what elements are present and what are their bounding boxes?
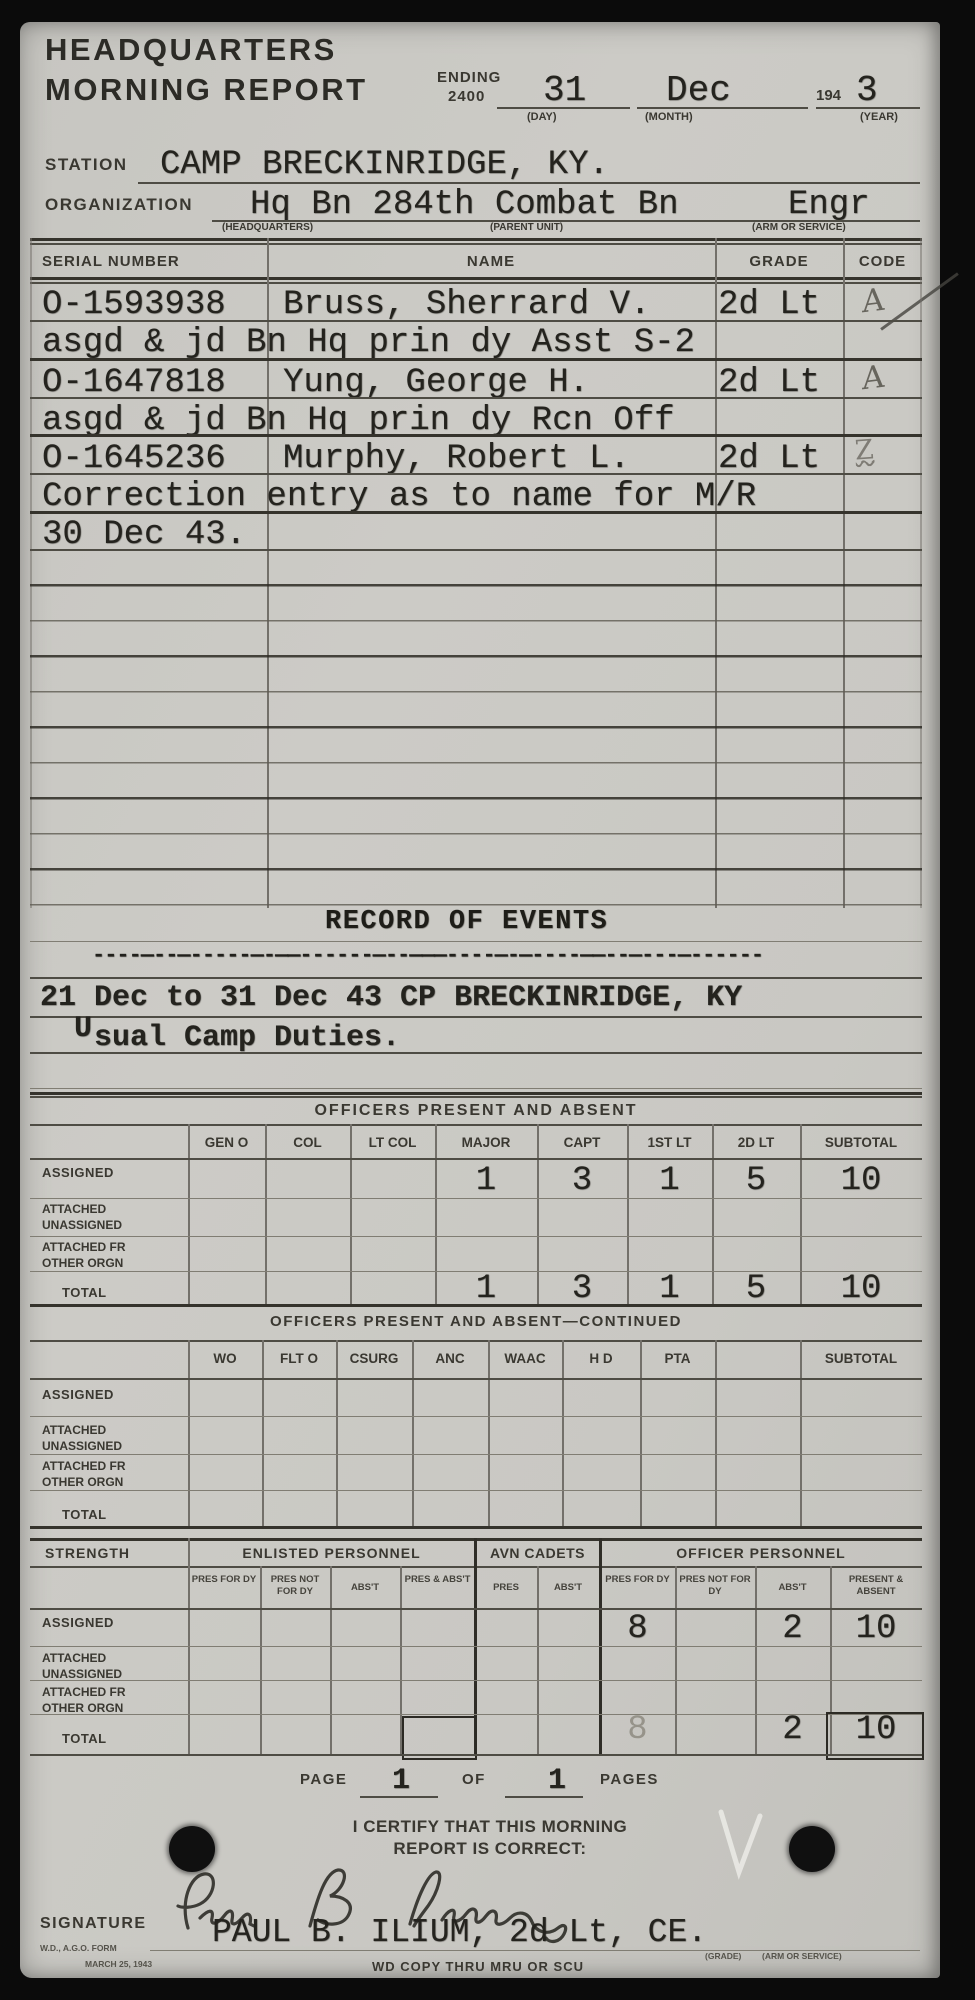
officers-vline <box>265 1124 267 1306</box>
continued-vline <box>188 1340 190 1526</box>
pages-total-number: 1 <box>548 1766 566 1798</box>
form-id-note: W.D., A.G.O. FORM <box>40 1944 117 1953</box>
roster-col-grade: GRADE <box>715 254 843 270</box>
continued-rule <box>30 1490 922 1491</box>
officers-total-capt: 3 <box>537 1271 627 1307</box>
row-label-total: TOTAL <box>62 1286 107 1300</box>
roster-rule-heavy <box>30 434 922 437</box>
row-label-assigned: ASSIGNED <box>42 1166 114 1180</box>
entry-name: Bruss, Sherrard V. <box>283 287 650 323</box>
strength-vline <box>537 1566 539 1756</box>
row-label-attached-unassigned-1: ATTACHED <box>42 1424 106 1437</box>
roster-header-rule2 <box>30 282 922 284</box>
row-label-total: TOTAL <box>62 1732 107 1746</box>
row-label-attached-fr-1: ATTACHED FR <box>42 1686 126 1699</box>
officers-table-title: OFFICERS PRESENT AND ABSENT <box>30 1103 922 1120</box>
row-label-attached-fr-2: OTHER ORGN <box>42 1702 123 1715</box>
scanned-morning-report: HEADQUARTERS MORNING REPORT ENDING 2400 … <box>0 0 975 2000</box>
record-of-events-title: RECORD OF EVENTS <box>325 908 608 937</box>
form-title-line1: HEADQUARTERS <box>45 34 337 67</box>
form-title-line2: MORNING REPORT <box>45 74 368 107</box>
blank-ruled-rows <box>30 584 922 910</box>
page-underline <box>360 1796 438 1798</box>
continued-rule <box>30 1378 922 1380</box>
grade-note: (GRADE) <box>705 1952 741 1961</box>
officers-continued-title: OFFICERS PRESENT AND ABSENT—CONTINUED <box>30 1314 922 1330</box>
ending-label: ENDING <box>437 70 501 86</box>
group-avn-cadets: AVN CADETS <box>475 1546 600 1561</box>
strength-assigned-abst: 2 <box>755 1611 830 1647</box>
strength-assigned-present-absent: 10 <box>830 1611 922 1647</box>
strength-rule <box>30 1680 922 1681</box>
officers-top-rule <box>30 1092 922 1095</box>
row-label-total: TOTAL <box>62 1508 107 1522</box>
col-flt-o: FLT O <box>262 1352 336 1366</box>
officers-top-rule2 <box>30 1096 922 1098</box>
strength-rule <box>30 1646 922 1647</box>
parent-unit-note: (PARENT UNIT) <box>490 223 563 234</box>
roster-rule-heavy <box>30 511 922 514</box>
strength-vline <box>330 1566 332 1756</box>
continued-rule <box>30 1340 922 1342</box>
station-label: STATION <box>45 156 128 174</box>
col-1st-lt: 1ST LT <box>627 1136 712 1150</box>
entry-serial: O-1645236 <box>42 441 226 477</box>
entry-grade: 2d Lt <box>718 365 820 401</box>
continued-vline <box>488 1340 490 1526</box>
punch-hole-right <box>789 1826 835 1872</box>
events-rule <box>30 977 922 979</box>
row-label-attached-fr-1: ATTACHED FR <box>42 1241 126 1254</box>
continued-vline <box>262 1340 264 1526</box>
row-label-assigned: ASSIGNED <box>42 1388 114 1402</box>
headquarters-note: (HEADQUARTERS) <box>222 223 313 234</box>
strength-vline <box>188 1538 190 1756</box>
continued-bottom-rule <box>30 1526 922 1529</box>
pages-label: PAGES <box>600 1772 659 1788</box>
officers-vline <box>188 1124 190 1306</box>
officers-assigned-2d-lt: 5 <box>712 1163 800 1199</box>
station-value: CAMP BRECKINRIDGE, KY. <box>160 147 609 183</box>
officers-total-subtotal: 10 <box>800 1271 922 1307</box>
officers-assigned-major: 1 <box>435 1163 537 1199</box>
sub-pres-for-dy: PRES FOR DY <box>602 1574 673 1586</box>
continued-vline <box>562 1340 564 1526</box>
roster-top-rule <box>30 238 922 241</box>
col-subtotal: SUBTOTAL <box>800 1136 922 1150</box>
certify-line2: REPORT IS CORRECT: <box>295 1840 685 1858</box>
sub-pres-for-dy: PRES FOR DY <box>190 1574 258 1586</box>
entry-note: Correction entry as to name for M/R <box>42 479 756 515</box>
drawn-box-officer-total <box>826 1712 924 1760</box>
col-major: MAJOR <box>435 1136 537 1150</box>
strength-assigned-pres-for-dy: 8 <box>600 1611 675 1647</box>
of-label: OF <box>462 1772 486 1788</box>
officers-rule <box>30 1236 922 1237</box>
events-rule <box>30 1088 922 1089</box>
sub-present-absent: PRESENT & ABSENT <box>832 1574 920 1598</box>
officers-vline <box>350 1124 352 1306</box>
row-label-attached-fr-2: OTHER ORGN <box>42 1257 123 1270</box>
strength-total-abst: 2 <box>755 1712 830 1748</box>
officers-assigned-capt: 3 <box>537 1163 627 1199</box>
page-number: 1 <box>392 1766 410 1798</box>
officers-assigned-1st-lt: 1 <box>627 1163 712 1199</box>
day-underline <box>497 107 630 109</box>
officers-bottom-rule <box>30 1304 922 1307</box>
strength-title: STRENGTH <box>45 1546 130 1561</box>
certify-line1: I CERTIFY THAT THIS MORNING <box>295 1818 685 1836</box>
entry-serial: O-1647818 <box>42 365 226 401</box>
continued-vline <box>412 1340 414 1526</box>
row-label-attached-unassigned-2: UNASSIGNED <box>42 1219 122 1232</box>
officers-total-1st-lt: 1 <box>627 1271 712 1307</box>
events-line2-initial: U <box>74 1014 92 1046</box>
col-capt: CAPT <box>537 1136 627 1150</box>
col-wo: WO <box>188 1352 262 1366</box>
roster-col-code: CODE <box>843 254 922 270</box>
roster-rule <box>30 320 922 322</box>
officers-rule <box>30 1198 922 1199</box>
entry-grade: 2d Lt <box>718 287 820 323</box>
typed-dash-divider: ----—--—-----—-——------—--———----—-—----… <box>92 944 763 967</box>
entry-name: Murphy, Robert L. <box>283 441 630 477</box>
strength-bottom-rule <box>30 1754 922 1756</box>
col-lt-col: LT COL <box>350 1136 435 1150</box>
date-day-value: 31 <box>543 72 586 110</box>
sub-abst: ABS'T <box>757 1582 828 1594</box>
organization-label: ORGANIZATION <box>45 196 193 214</box>
roster-rule <box>30 473 922 475</box>
entry-code-handwritten: A <box>862 284 885 320</box>
date-month-value: Dec <box>666 72 731 110</box>
events-rule <box>30 1052 922 1054</box>
officers-rule <box>30 1158 922 1160</box>
col-waac: WAAC <box>488 1352 562 1366</box>
col-h-d: H D <box>562 1352 640 1366</box>
sub-pres-abst: PRES & ABS'T <box>402 1574 473 1586</box>
row-label-attached-unassigned-1: ATTACHED <box>42 1652 106 1665</box>
continued-vline <box>800 1340 802 1526</box>
year-printed-prefix: 194 <box>816 88 841 104</box>
sub-abst: ABS'T <box>332 1582 398 1594</box>
row-label-attached-fr-1: ATTACHED FR <box>42 1460 126 1473</box>
continued-vline <box>715 1340 717 1526</box>
entry-code-handwritten: Z <box>854 436 875 466</box>
col-anc: ANC <box>412 1352 488 1366</box>
organization-value: Hq Bn 284th Combat Bn <box>250 187 678 223</box>
entry-name: Yung, George H. <box>283 365 589 401</box>
month-underline <box>637 107 808 109</box>
row-label-attached-unassigned-2: UNASSIGNED <box>42 1440 122 1453</box>
roster-rule <box>30 397 922 399</box>
sub-abst: ABS'T <box>539 1582 597 1594</box>
wd-copy-note: WD COPY THRU MRU OR SCU <box>372 1960 584 1974</box>
signature-label: SIGNATURE <box>40 1916 147 1933</box>
roster-col-serial: SERIAL NUMBER <box>42 254 180 270</box>
strength-total-pres-for-dy: 8 <box>600 1712 675 1748</box>
check-mark-v <box>712 1806 768 1882</box>
continued-rule <box>30 1416 922 1417</box>
officers-assigned-subtotal: 10 <box>800 1163 922 1199</box>
sub-pres: PRES <box>477 1582 535 1594</box>
roster-header-rule <box>30 277 922 280</box>
col-pta: PTA <box>640 1352 715 1366</box>
date-year-value: 3 <box>856 72 878 110</box>
pages-underline <box>505 1796 583 1798</box>
row-label-attached-unassigned-2: UNASSIGNED <box>42 1668 122 1681</box>
entry-note: asgd & jd Bn Hq prin dy Asst S-2 <box>42 325 695 361</box>
page-label: PAGE <box>300 1772 347 1788</box>
continued-vline <box>336 1340 338 1526</box>
entry-serial: O-1593938 <box>42 287 226 323</box>
roster-rule-heavy <box>30 358 922 361</box>
events-line1: 21 Dec to 31 Dec 43 CP BRECKINRIDGE, KY <box>40 983 742 1015</box>
col-csurg: CSURG <box>336 1352 412 1366</box>
col-gen-o: GEN O <box>188 1136 265 1150</box>
col-col: COL <box>265 1136 350 1150</box>
arm-service-note: (ARM OR SERVICE) <box>752 223 846 234</box>
group-enlisted-personnel: ENLISTED PERSONNEL <box>188 1546 475 1561</box>
officers-total-2d-lt: 5 <box>712 1271 800 1307</box>
roster-col-name: NAME <box>267 254 715 270</box>
signed-name-typed: PAUL B. ILIUM, 2d Lt, CE. <box>212 1916 707 1951</box>
entry-grade: 2d Lt <box>718 441 820 477</box>
ending-time: 2400 <box>448 89 485 105</box>
row-label-attached-unassigned-1: ATTACHED <box>42 1203 106 1216</box>
col-2d-lt: 2D LT <box>712 1136 800 1150</box>
month-label: (MONTH) <box>645 112 693 124</box>
continued-rule <box>30 1454 922 1455</box>
sub-pres-not-for-dy: PRES NOT FOR DY <box>677 1574 753 1598</box>
entry-note-2: 30 Dec 43. <box>42 517 246 553</box>
station-underline <box>138 182 920 184</box>
officers-rule <box>30 1124 922 1126</box>
year-label: (YEAR) <box>860 112 898 124</box>
row-label-assigned: ASSIGNED <box>42 1616 114 1630</box>
officers-total-major: 1 <box>435 1271 537 1307</box>
events-rule <box>30 1016 922 1018</box>
day-label: (DAY) <box>527 112 557 124</box>
year-underline <box>816 107 920 109</box>
organization-arm-value: Engr <box>788 187 870 223</box>
form-date-note: MARCH 25, 1943 <box>85 1960 152 1969</box>
events-rule <box>30 941 922 942</box>
arm-service-note: (ARM OR SERVICE) <box>762 1952 842 1961</box>
roster-top-rule2 <box>30 243 922 245</box>
events-line2: sual Camp Duties. <box>94 1023 400 1055</box>
row-label-attached-fr-2: OTHER ORGN <box>42 1476 123 1489</box>
roster-rule <box>30 549 922 551</box>
continued-vline <box>640 1340 642 1526</box>
entry-code-handwritten: A <box>862 361 885 397</box>
sub-pres-not-for-dy: PRES NOT FOR DY <box>262 1574 328 1598</box>
col-subtotal: SUBTOTAL <box>800 1352 922 1366</box>
group-officer-personnel: OFFICER PERSONNEL <box>600 1546 922 1561</box>
